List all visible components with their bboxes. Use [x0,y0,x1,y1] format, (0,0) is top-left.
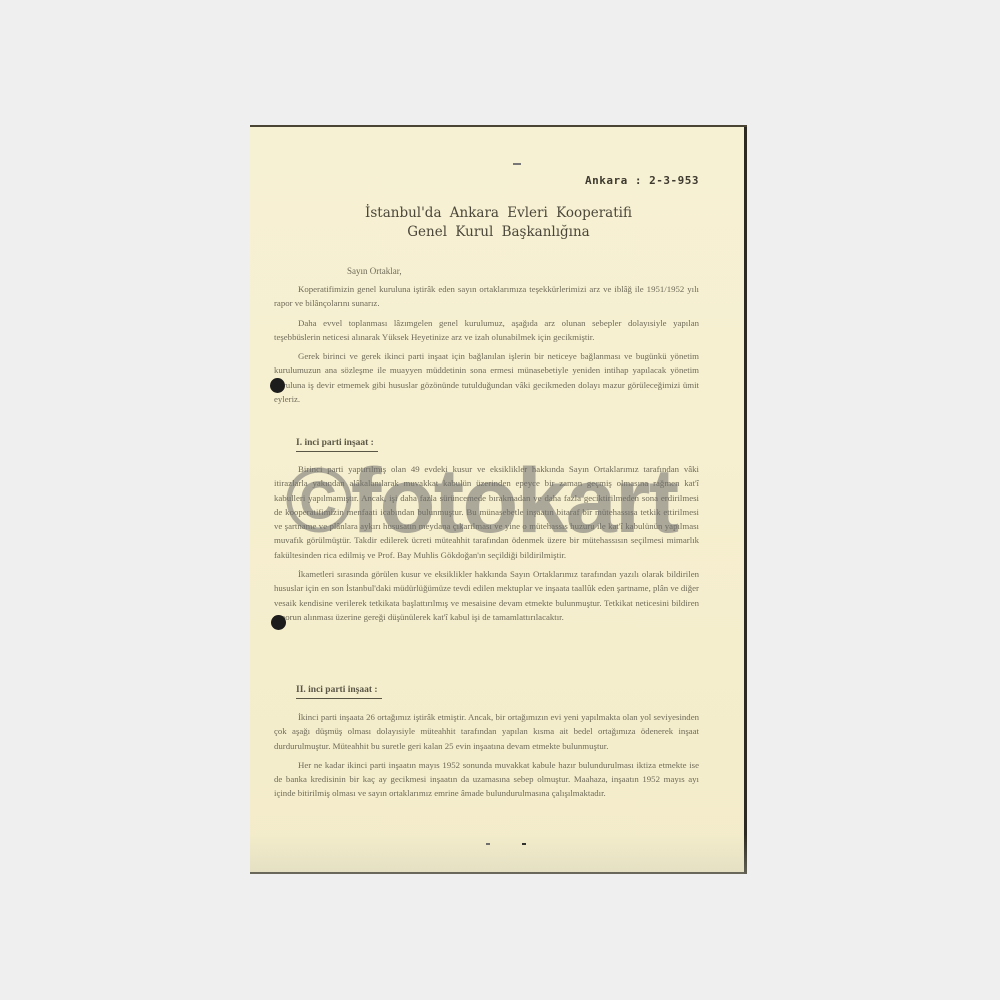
paragraph: Koperatifimizin genel kuruluna iştirâk e… [274,282,699,311]
paragraph: Birinci parti yaptırılmış olan 49 evdeki… [274,462,699,562]
date-line: Ankara : 2-3-953 [585,174,699,187]
paragraph: Gerek birinci ve gerek ikinci parti inşa… [274,349,699,406]
document-title: İstanbul'da Ankara Evleri Kooperatifi Ge… [250,204,747,242]
intro-text: Koperatifimizin genel kuruluna iştirâk e… [274,282,699,411]
paragraph: Daha evvel toplanması lâzımgelen genel k… [274,316,699,345]
paragraph: İkinci parti inşaata 26 ortağımız iştirâ… [274,710,699,753]
section-1-heading: I. inci parti inşaat : [296,438,378,452]
title-line-1: İstanbul'da Ankara Evleri Kooperatifi [250,204,747,223]
paragraph: Her ne kadar ikinci parti inşaatın mayıs… [274,758,699,801]
section-2-text: İkinci parti inşaata 26 ortağımız iştirâ… [274,710,699,806]
print-mark-top [513,163,521,165]
section-2-heading: II. inci parti inşaat : [296,685,382,699]
section-1-text: Birinci parti yaptırılmış olan 49 evdeki… [274,462,699,629]
title-line-2: Genel Kurul Başkanlığına [250,223,747,242]
document-page: Ankara : 2-3-953 İstanbul'da Ankara Evle… [250,125,747,874]
punch-hole-top [270,378,285,393]
salutation: Sayın Ortaklar, [347,266,402,276]
paragraph: İkametleri sırasında görülen kusur ve ek… [274,567,699,624]
punch-hole-bottom [271,615,286,630]
print-mark-bottom [486,843,526,845]
